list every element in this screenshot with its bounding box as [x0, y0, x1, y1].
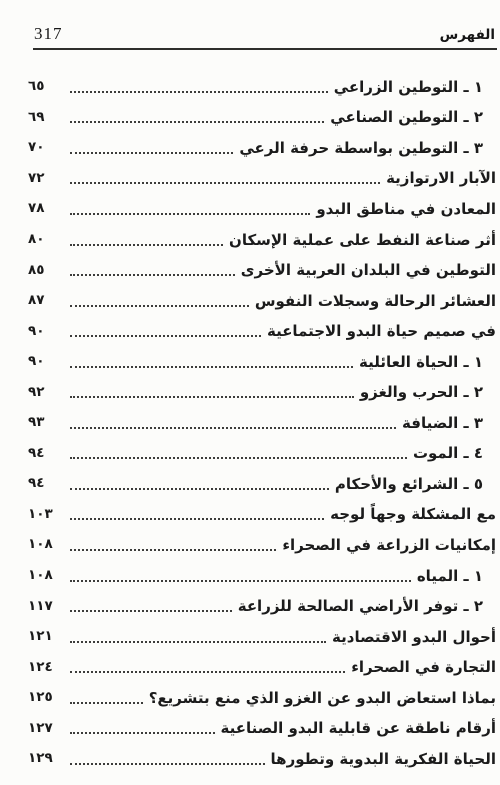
toc-entry-page: ٨٠ — [28, 231, 64, 247]
dotted-leader — [70, 263, 235, 276]
dotted-leader — [70, 171, 380, 184]
toc-entry-page: ٩٤ — [28, 475, 64, 491]
toc-entry-page: ١٠٨ — [28, 567, 64, 583]
page-title: الفهرس — [440, 27, 495, 43]
toc-entry: بماذا استعاض البدو عن الغزو الذي منع بتش… — [28, 682, 496, 713]
toc-entry-title: مع المشكلة وجهاً لوجه — [330, 504, 496, 523]
dotted-leader — [70, 569, 411, 582]
toc-entry-title: في صميم حياة البدو الاجتماعية — [267, 321, 496, 340]
toc-entry-title: ٢ ـ التوطين الصناعي — [330, 107, 483, 126]
toc-entry-title: بماذا استعاض البدو عن الغزو الذي منع بتش… — [149, 688, 496, 707]
dotted-leader — [70, 80, 328, 93]
toc-entry: إمكانيات الزراعة في الصحراء ١٠٨ — [28, 529, 496, 560]
toc-entry-page: ٧٠ — [28, 139, 64, 155]
toc-entry-page: ٩٢ — [28, 384, 64, 400]
toc-entry-title: التوطين في البلدان العربية الأخرى — [241, 260, 496, 279]
toc-entry-page: ٧٢ — [28, 170, 64, 186]
toc-entry: ٣ ـ التوطين بواسطة حرفة الرعي ٧٠ — [28, 132, 496, 163]
dotted-leader — [70, 233, 223, 246]
dotted-leader — [70, 324, 261, 337]
toc-entry-title: أثر صناعة النفط على عملية الإسكان — [229, 230, 496, 249]
toc-entry-title: ٤ ـ الموت — [413, 443, 483, 462]
dotted-leader — [70, 477, 329, 490]
toc-entry-page: ١٢٥ — [28, 689, 64, 705]
toc-entry-page: ٩٠ — [28, 353, 64, 369]
toc-entry: ٢ ـ توفر الأراضي الصالحة للزراعة ١١٧ — [28, 590, 496, 621]
toc-entry: ٢ ـ التوطين الصناعي ٦٩ — [28, 102, 496, 133]
dotted-leader — [70, 446, 407, 459]
toc-entry: الحياة الفكرية البدوية وتطورها ١٢٩ — [28, 743, 496, 774]
dotted-leader — [70, 110, 324, 123]
toc-entry: التوطين في البلدان العربية الأخرى ٨٥ — [28, 254, 496, 285]
dotted-leader — [70, 385, 354, 398]
toc-entry-page: ٩٤ — [28, 445, 64, 461]
toc-entry: المعادن في مناطق البدو ٧٨ — [28, 193, 496, 224]
dotted-leader — [70, 202, 310, 215]
dotted-leader — [70, 660, 345, 673]
toc-entry: ٣ ـ الضيافة ٩٣ — [28, 407, 496, 438]
toc-entry: في صميم حياة البدو الاجتماعية ٩٠ — [28, 315, 496, 346]
toc-entry-title: الحياة الفكرية البدوية وتطورها — [271, 749, 496, 768]
dotted-leader — [70, 141, 233, 154]
dotted-leader — [70, 416, 396, 429]
dotted-leader — [70, 355, 353, 368]
toc-entry-page: ١٠٣ — [28, 506, 64, 522]
dotted-leader — [70, 507, 324, 520]
toc-entry-title: التجارة في الصحراء — [351, 657, 496, 676]
dotted-leader — [70, 752, 265, 765]
toc-entry-title: ٢ ـ توفر الأراضي الصالحة للزراعة — [238, 596, 483, 615]
toc-entry-page: ٧٨ — [28, 200, 64, 216]
book-page: 317 الفهرس ١ ـ التوطين الزراعي ٦٥ ٢ ـ ال… — [0, 0, 500, 785]
toc-entry: ١ ـ التوطين الزراعي ٦٥ — [28, 71, 496, 102]
toc-entry-page: ٦٥ — [28, 78, 64, 94]
dotted-leader — [70, 721, 215, 734]
toc-entry-page: ٨٥ — [28, 262, 64, 278]
toc-entry: التجارة في الصحراء ١٢٤ — [28, 651, 496, 682]
toc-entry-page: ٩٣ — [28, 414, 64, 430]
toc-entry-title: ١ ـ المياه — [417, 566, 483, 585]
folio-page-number: 317 — [34, 24, 63, 44]
toc-entry-title: ١ ـ الحياة العائلية — [359, 352, 483, 371]
toc-entry-title: إمكانيات الزراعة في الصحراء — [282, 535, 496, 554]
toc-entry-page: ١١٧ — [28, 598, 64, 614]
dotted-leader — [70, 691, 143, 704]
toc-entry-page: ١٢٩ — [28, 750, 64, 766]
dotted-leader — [70, 599, 232, 612]
toc-entry: الآبار الارتوازية ٧٢ — [28, 163, 496, 194]
toc-entry-title: العشائر الرحالة وسجلات النفوس — [255, 291, 496, 310]
page-header: 317 الفهرس — [0, 0, 500, 50]
toc-entry-title: ٥ ـ الشرائع والأحكام — [335, 474, 483, 493]
toc-entry: ٤ ـ الموت ٩٤ — [28, 438, 496, 469]
toc-entry: ٢ ـ الحرب والغزو ٩٢ — [28, 376, 496, 407]
toc-entry-page: ٩٠ — [28, 323, 64, 339]
toc-entry-title: أحوال البدو الاقتصادية — [332, 627, 496, 646]
toc-entry: ١ ـ الحياة العائلية ٩٠ — [28, 346, 496, 377]
toc-entry-title: ٣ ـ الضيافة — [402, 413, 483, 432]
toc-entry-title: المعادن في مناطق البدو — [316, 199, 496, 218]
toc-entry-page: ٦٩ — [28, 109, 64, 125]
toc-entry: أثر صناعة النفط على عملية الإسكان ٨٠ — [28, 224, 496, 255]
toc-entry-title: ١ ـ التوطين الزراعي — [334, 77, 483, 96]
dotted-leader — [70, 294, 249, 307]
toc-entry: مع المشكلة وجهاً لوجه ١٠٣ — [28, 499, 496, 530]
toc-entry-title: ٣ ـ التوطين بواسطة حرفة الرعي — [239, 138, 483, 157]
toc-entry: أرقام ناطقة عن قابلية البدو الصناعية ١٢٧ — [28, 712, 496, 743]
dotted-leader — [70, 630, 326, 643]
toc-entry: ٥ ـ الشرائع والأحكام ٩٤ — [28, 468, 496, 499]
toc-entry-title: ٢ ـ الحرب والغزو — [360, 382, 483, 401]
toc-entry: أحوال البدو الاقتصادية ١٢١ — [28, 621, 496, 652]
header-rule — [33, 48, 497, 50]
toc-entry-title: أرقام ناطقة عن قابلية البدو الصناعية — [221, 718, 496, 737]
toc-entry: ١ ـ المياه ١٠٨ — [28, 560, 496, 591]
toc-entry-page: ٨٧ — [28, 292, 64, 308]
toc-entry-title: الآبار الارتوازية — [386, 168, 496, 187]
toc-entry-page: ١٠٨ — [28, 536, 64, 552]
toc-list: ١ ـ التوطين الزراعي ٦٥ ٢ ـ التوطين الصنا… — [0, 71, 500, 774]
toc-entry-page: ١٢١ — [28, 628, 64, 644]
toc-entry: العشائر الرحالة وسجلات النفوس ٨٧ — [28, 285, 496, 316]
dotted-leader — [70, 538, 276, 551]
toc-entry-page: ١٢٤ — [28, 659, 64, 675]
toc-entry-page: ١٢٧ — [28, 720, 64, 736]
